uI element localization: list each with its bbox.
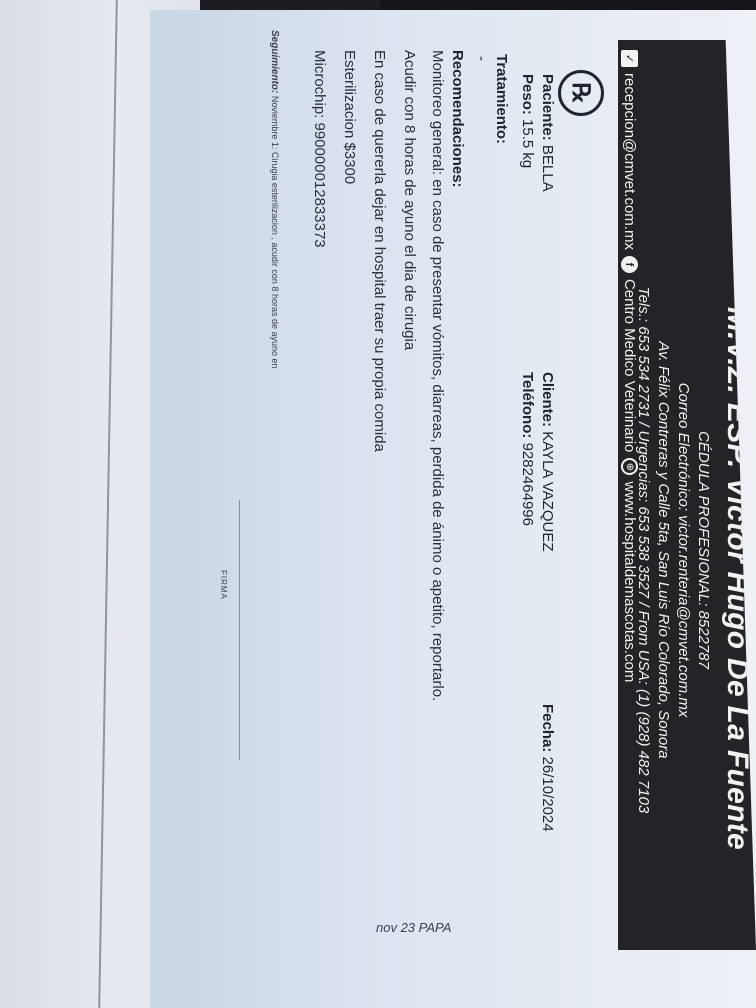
cedula-profesional: CÉDULA PROFESIONAL: 8522787 bbox=[695, 40, 712, 950]
follow-up-text: Noviembre 1: Cirugia esterilizacion , ac… bbox=[270, 96, 280, 369]
signature-label: FIRMA bbox=[219, 570, 228, 600]
treatment-label: Tratamiento: bbox=[493, 54, 510, 144]
weight-field: Peso: 15.5 kg bbox=[519, 74, 536, 168]
prescription-document: M.V.Z. ESP. Victor Hugo De La Fuente CÉD… bbox=[150, 10, 756, 1008]
patient-label: Paciente: bbox=[539, 74, 556, 141]
prescription-photo: M.V.Z. ESP. Victor Hugo De La Fuente CÉD… bbox=[150, 10, 756, 1008]
contact-row: ✓ recepcion@cmvet.com.mx f Centro Medico… bbox=[621, 50, 638, 908]
treatment-value: - bbox=[473, 56, 490, 61]
recommendations-heading: Recomendaciones: bbox=[449, 50, 466, 188]
phone-field: Teléfono: 9282464996 bbox=[519, 372, 536, 526]
follow-up-label: Seguimiento: bbox=[269, 30, 280, 93]
treatment-field: Tratamiento: bbox=[493, 54, 510, 144]
client-label: Cliente: bbox=[539, 372, 556, 427]
mail-icon: ✓ bbox=[621, 50, 638, 67]
facebook-page: Centro Medico Veterinario bbox=[621, 279, 638, 452]
facebook-icon: f bbox=[621, 256, 638, 273]
recommendation-line: Monitoreo general: en caso de presentar … bbox=[429, 50, 446, 701]
date-label: Fecha: bbox=[539, 704, 556, 752]
weight-value: 15.5 kg bbox=[519, 119, 536, 168]
handwritten-note: nov 23 PAPA bbox=[376, 920, 451, 935]
date-field: Fecha: 26/10/2024 bbox=[539, 704, 556, 832]
clinic-header: M.V.Z. ESP. Victor Hugo De La Fuente CÉD… bbox=[618, 40, 756, 950]
recommendation-line: En caso de quererla dejar en hospital tr… bbox=[371, 50, 388, 452]
doctor-email: Correo Electrónico: victor.renteria@cmve… bbox=[675, 40, 692, 950]
phone-label: Teléfono: bbox=[519, 372, 536, 438]
doctor-name: M.V.Z. ESP. Victor Hugo De La Fuente bbox=[720, 40, 754, 950]
patient-value: BELLA bbox=[539, 145, 556, 192]
globe-icon: ⊕ bbox=[621, 458, 638, 475]
recommendation-line: Esterilizacion $3300 bbox=[341, 50, 358, 184]
phone-value: 9282464996 bbox=[519, 443, 536, 526]
client-value: KAYLA VAZQUEZ bbox=[539, 431, 556, 551]
clinic-website: www.hospitaldemascotas.com bbox=[621, 481, 638, 682]
follow-up-note: Seguimiento: Noviembre 1: Cirugia esteri… bbox=[269, 30, 280, 369]
recommendation-line: Microchip: 990000012833373 bbox=[311, 50, 328, 248]
client-field: Cliente: KAYLA VAZQUEZ bbox=[539, 372, 556, 552]
reception-email: recepcion@cmvet.com.mx bbox=[621, 73, 638, 250]
weight-label: Peso: bbox=[519, 74, 536, 115]
clinic-address: Av. Félix Contreras y Calle 5ta, San Lui… bbox=[655, 40, 672, 950]
signature-line bbox=[239, 500, 240, 760]
recommendation-line: Acudir con 8 horas de ayuno el dia de ci… bbox=[401, 50, 418, 350]
patient-field: Paciente: BELLA bbox=[539, 74, 556, 192]
rx-icon: ℞ bbox=[558, 70, 604, 116]
date-value: 26/10/2024 bbox=[539, 757, 556, 832]
